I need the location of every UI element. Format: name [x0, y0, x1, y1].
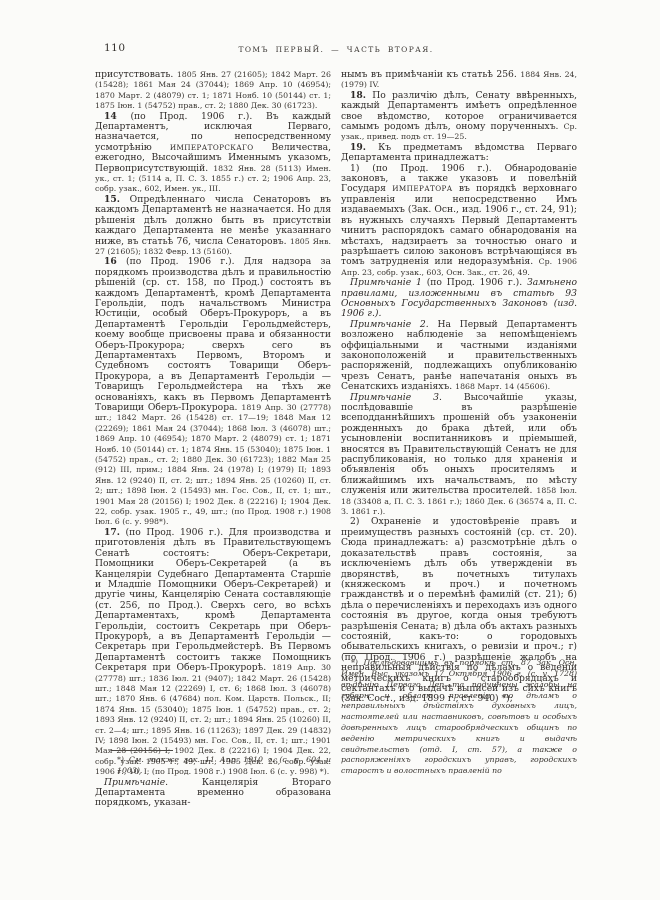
text-segment: 1819 Апр. 30 (27778) шт.; 1842 Март. 26 … — [95, 403, 331, 526]
text-segment: 16 — [104, 256, 117, 267]
footnote-left: *) См. также зак. 11 Апр. 1910 г. (с. у.… — [95, 750, 331, 777]
text-segment: (по Прод. 1906 г.). Для надзора за поряд… — [95, 256, 331, 413]
text-segment: Высочайшіе указы, послѣдовавшіе въ разрѣ… — [341, 392, 577, 497]
text-segment: (по Прод. 1906 г.). Для производства и п… — [95, 527, 331, 673]
text-segment: (по Прод. 1906 г.). — [422, 277, 527, 288]
page-content: присутствовать. 1805 Янв. 27 (21605); 18… — [95, 70, 577, 777]
text-paragraph: Примѣчаніе 2. На Первый Департаментъ воз… — [341, 320, 577, 393]
text-segment: Примѣчаніе 1 — [350, 277, 422, 288]
text-segment: Императорскаго — [170, 143, 254, 152]
text-paragraph: 16 (по Прод. 1906 г.). Для надзора за по… — [95, 257, 331, 528]
column-left: присутствовать. 1805 Янв. 27 (21605); 18… — [95, 70, 331, 777]
text-segment: 18. — [350, 90, 366, 101]
text-segment: Примѣчаніе 2. — [350, 319, 429, 330]
text-paragraph: Примѣчаніе 3. Высочайшіе указы, послѣдов… — [341, 393, 577, 518]
footnote-rule — [111, 750, 173, 751]
text-segment: Императора — [392, 184, 452, 193]
text-segment: 14 — [104, 111, 117, 122]
footnote-right: *) Послѣдовавшимъ въ порядкѣ ст. 87 Зак.… — [341, 653, 577, 777]
text-paragraph: 1) (по Прод. 1906 г.). Обнародованіе зак… — [341, 164, 577, 278]
text-paragraph: 14 (по Прод. 1906 г.). Въ каждый Департа… — [95, 112, 331, 195]
column-right: нымъ въ примѣчаніи къ статьѣ 256. 1884 Я… — [341, 70, 577, 777]
footnote-rule — [343, 653, 419, 654]
text-segment: 15. — [104, 194, 120, 205]
text-paragraph: 17. (по Прод. 1906 г.). Для производства… — [95, 528, 331, 778]
running-title: ТОМЪ ПЕРВЫЙ. — ЧАСТЬ ВТОРАЯ. — [95, 45, 577, 54]
text-paragraph: 19. Къ предметамъ вѣдомства Перваго Депа… — [341, 143, 577, 164]
text-segment: Примѣчаніе 3. — [350, 392, 442, 403]
text-paragraph: Примѣчаніе. Канцелярія Втораго Департаме… — [95, 778, 331, 809]
text-segment: Примѣчаніе. — [104, 777, 168, 788]
text-segment: нымъ въ примѣчаніи къ статьѣ 256. — [341, 69, 520, 80]
text-segment: Къ предметамъ вѣдомства Перваго Департам… — [341, 142, 577, 163]
scanned-book-page: 110 ТОМЪ ПЕРВЫЙ. — ЧАСТЬ ВТОРАЯ. присутс… — [0, 0, 660, 900]
text-paragraph: присутствовать. 1805 Янв. 27 (21605); 18… — [95, 70, 331, 112]
text-segment: 17. — [104, 527, 120, 538]
text-paragraph: 18. По различію дѣлъ, Сенату ввѣренныхъ,… — [341, 91, 577, 143]
text-segment: въ порядкѣ верховнаго управленія или неп… — [341, 183, 577, 267]
text-segment: 1868 Март. 14 (45606). — [455, 382, 550, 391]
text-paragraph: Примѣчаніе 1 (по Прод. 1906 г.). Замѣнен… — [341, 278, 577, 320]
text-segment: присутствовать. — [95, 69, 177, 80]
text-segment: По различію дѣлъ, Сенату ввѣренныхъ, каж… — [341, 90, 577, 132]
text-segment: 19. — [350, 142, 366, 153]
footnote-text: *) Послѣдовавшимъ въ порядкѣ ст. 87 Зак.… — [341, 658, 577, 777]
column-left-text: присутствовать. 1805 Янв. 27 (21605); 18… — [95, 70, 331, 809]
text-paragraph: 15. Опредѣленнаго числа Сенаторовъ въ ка… — [95, 195, 331, 257]
column-right-text: нымъ въ примѣчаніи къ статьѣ 256. 1884 Я… — [341, 70, 577, 705]
footnote-text: *) См. также зак. 11 Апр. 1910 г. (с. у.… — [95, 755, 331, 777]
text-paragraph: нымъ въ примѣчаніи къ статьѣ 256. 1884 Я… — [341, 70, 577, 91]
